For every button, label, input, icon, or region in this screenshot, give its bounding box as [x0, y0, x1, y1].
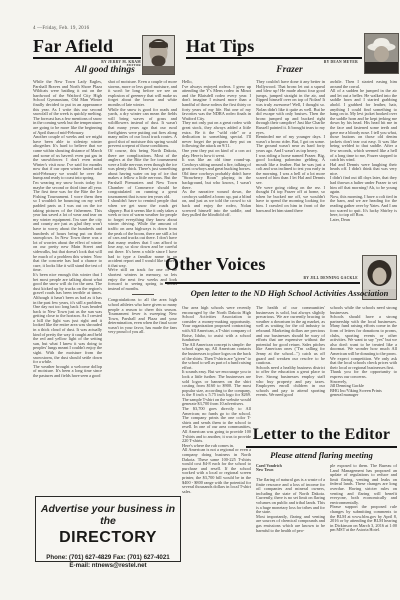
ad-directory-word: DIRECTORY — [36, 529, 180, 547]
ad-phone-fax: Phone: (701) 627-4829 Fax: (701) 627-402… — [36, 554, 180, 562]
other-voices-headline: Open letter to the ND High School Activi… — [182, 289, 397, 298]
ad-contact-info: Phone: (701) 627-4829 Fax: (701) 627-402… — [36, 554, 180, 570]
letter-column-1: The flaring of natural gas is a waste of… — [256, 478, 325, 562]
letter-column-2: ple exposed to them. The Bureau of Land … — [330, 464, 397, 562]
folio-dateline: 4 —Friday, Feb. 19, 2016 — [33, 26, 89, 31]
letter-author-town: New Town — [256, 468, 325, 472]
letter-title: Letter to the Editor — [246, 427, 397, 443]
ad-tagline: Advertise your business in the — [36, 503, 180, 527]
letter-author: Carol Vondrich New Town — [256, 464, 325, 473]
paragraph-divider — [132, 294, 154, 295]
other-voices-rule — [165, 282, 360, 284]
hat-tips-byline: BY DEAN MEYER — [186, 60, 358, 64]
hat-tips-headline: Frazer — [182, 66, 397, 76]
far-afield-rule — [33, 57, 141, 59]
far-afield-column-2-text-b: Congratulations to all the area high sch… — [108, 298, 177, 335]
other-voices-column-1: Our area high schools were recently enco… — [182, 306, 251, 556]
far-afield-headline: All good things — [33, 66, 177, 76]
letter-rule — [246, 446, 397, 448]
other-voices-title: Other Voices — [165, 255, 266, 273]
directory-ad: Advertise your business in the DIRECTORY… — [35, 496, 181, 562]
hat-tips-title: Hat Tips — [186, 37, 254, 55]
hat-tips-rule — [186, 57, 362, 59]
other-voices-column-2: The health of our communities' businesse… — [256, 306, 325, 420]
hat-tips-column-2: They couldn't have done it any better in… — [256, 80, 325, 255]
ad-email: E-mail: ntnews@restel.net — [36, 562, 180, 570]
newspaper-page: 4 —Friday, Feb. 19, 2016 Far Afield BY J… — [0, 0, 400, 600]
other-voices-column-3: schools while the schools need strong bu… — [330, 306, 397, 420]
other-voices-byline: BY JILL DENNING GACKLE — [165, 276, 358, 280]
hat-tips-column-1: Hello, I've always enjoyed rodeos. I gre… — [182, 80, 251, 255]
hat-tips-column-3: awhile. Then I started easing him around… — [330, 80, 397, 255]
far-afield-column-1: While the New Town Lady Eagles, Parshall… — [33, 80, 102, 491]
letter-headline: Please attend flaring meeting — [246, 451, 397, 460]
far-afield-title: Far Afield — [33, 37, 113, 55]
